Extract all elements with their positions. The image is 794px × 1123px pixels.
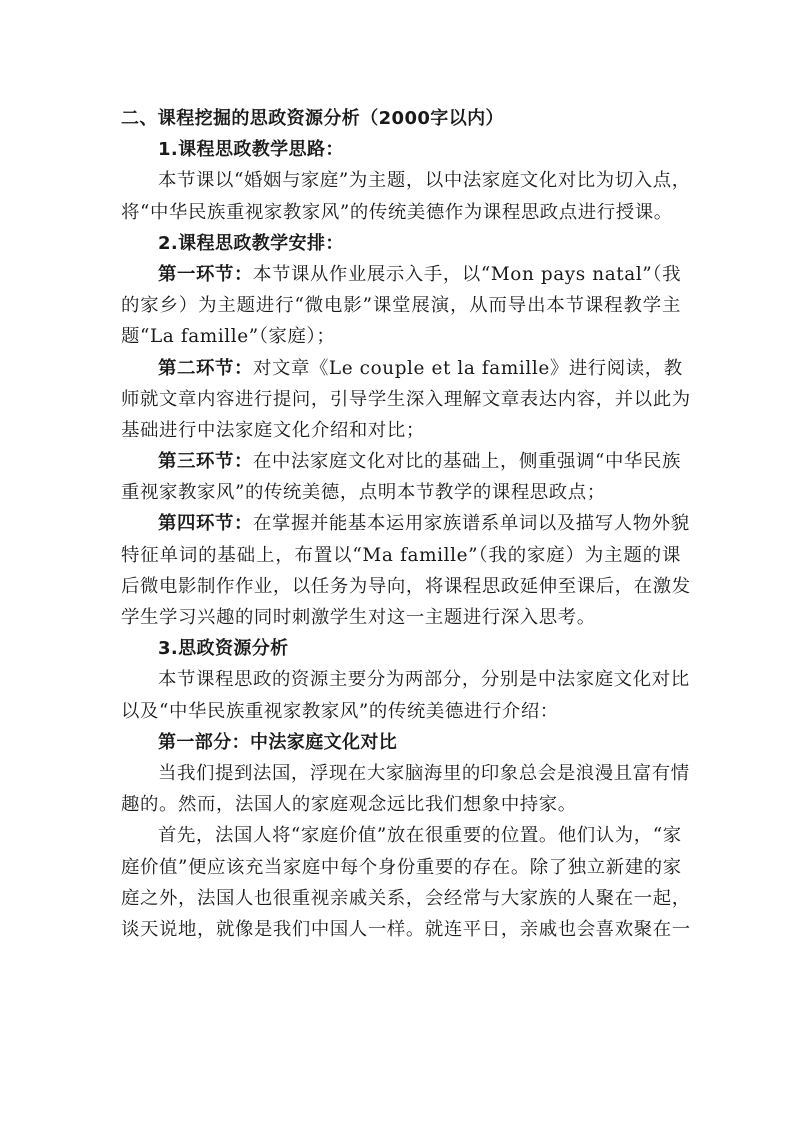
text-line: 将“中华民族重视家教家风”的传统美德作为课程思政点进行授课。 bbox=[121, 197, 681, 228]
section-1-title: 1.课程思政教学思路： bbox=[121, 134, 681, 165]
subsection-1-title: 第一部分：中法家庭文化对比 bbox=[121, 727, 681, 758]
text-line: 本节课以“婚姻与家庭”为主题，以中法家庭文化对比为切入点， bbox=[121, 165, 681, 196]
stage-4-label: 第四环节： bbox=[158, 513, 253, 534]
stage-3-label: 第三环节： bbox=[158, 451, 253, 472]
text-line: 庭之外，法国人也很重视亲戚关系，会经常与大家族的人聚在一起， bbox=[121, 883, 681, 914]
stage-3-text: 在中法家庭文化对比的基础上，侧重强调“中华民族 bbox=[253, 451, 681, 472]
text-line: 本节课程思政的资源主要分为两部分，分别是中法家庭文化对比 bbox=[121, 664, 681, 695]
main-heading: 二、课程挖掘的思政资源分析（2000字以内） bbox=[121, 103, 681, 134]
text-line: 基础进行中法家庭文化介绍和对比； bbox=[121, 415, 681, 446]
text-line: 以及“中华民族重视家教家风”的传统美德进行介绍： bbox=[121, 696, 681, 727]
text-line: 谈天说地，就像是我们中国人一样。就连平日，亲戚也会喜欢聚在一 bbox=[121, 914, 681, 945]
stage-2-paragraph: 第二环节：对文章《Le couple et la famille》进行阅读，教 … bbox=[121, 353, 681, 447]
stage-1-paragraph: 第一环节：本节课从作业展示入手，以“Mon pays natal”（我 的家乡）… bbox=[121, 259, 681, 353]
stage-1-text: 本节课从作业展示入手，以“Mon pays natal”（我 bbox=[253, 264, 681, 285]
section-1-paragraph: 本节课以“婚姻与家庭”为主题，以中法家庭文化对比为切入点， 将“中华民族重视家教… bbox=[121, 165, 681, 227]
text-line: 当我们提到法国，浮现在大家脑海里的印象总会是浪漫且富有情 bbox=[121, 758, 681, 789]
stage-3-paragraph: 第三环节：在中法家庭文化对比的基础上，侧重强调“中华民族 重视家教家风”的传统美… bbox=[121, 446, 681, 508]
text-line: 第三环节：在中法家庭文化对比的基础上，侧重强调“中华民族 bbox=[121, 446, 681, 477]
stage-4-text: 在掌握并能基本运用家族谱系单词以及描写人物外貌 bbox=[253, 513, 690, 534]
text-line: 重视家教家风”的传统美德，点明本节教学的课程思政点； bbox=[121, 477, 681, 508]
document-page: 二、课程挖掘的思政资源分析（2000字以内） 1.课程思政教学思路： 本节课以“… bbox=[121, 103, 681, 945]
text-line: 后微电影制作作业，以任务为导向，将课程思政延伸至课后，在激发 bbox=[121, 571, 681, 602]
stage-4-paragraph: 第四环节：在掌握并能基本运用家族谱系单词以及描写人物外貌 特征单词的基础上，布置… bbox=[121, 508, 681, 633]
stage-2-text: 对文章《Le couple et la famille》进行阅读，教 bbox=[253, 358, 683, 379]
subsection-1-paragraph-2: 首先，法国人将“家庭价值”放在很重要的位置。他们认为，“家 庭价值”便应该充当家… bbox=[121, 820, 681, 945]
section-3-title: 3.思政资源分析 bbox=[121, 633, 681, 664]
text-line: 庭价值”便应该充当家庭中每个身份重要的存在。除了独立新建的家 bbox=[121, 852, 681, 883]
text-line: 题“La famille”（家庭）； bbox=[121, 321, 681, 352]
text-line: 首先，法国人将“家庭价值”放在很重要的位置。他们认为，“家 bbox=[121, 820, 681, 851]
section-3-paragraph: 本节课程思政的资源主要分为两部分，分别是中法家庭文化对比 以及“中华民族重视家教… bbox=[121, 664, 681, 726]
text-line: 第二环节：对文章《Le couple et la famille》进行阅读，教 bbox=[121, 353, 681, 384]
text-line: 的家乡）为主题进行“微电影”课堂展演，从而导出本节课程教学主 bbox=[121, 290, 681, 321]
text-line: 师就文章内容进行提问，引导学生深入理解文章表达内容，并以此为 bbox=[121, 384, 681, 415]
text-line: 第四环节：在掌握并能基本运用家族谱系单词以及描写人物外貌 bbox=[121, 508, 681, 539]
text-line: 特征单词的基础上，布置以“Ma famille”（我的家庭）为主题的课 bbox=[121, 540, 681, 571]
subsection-1-paragraph-1: 当我们提到法国，浮现在大家脑海里的印象总会是浪漫且富有情 趣的。然而，法国人的家… bbox=[121, 758, 681, 820]
text-line: 趣的。然而，法国人的家庭观念远比我们想象中持家。 bbox=[121, 789, 681, 820]
section-2-title: 2.课程思政教学安排： bbox=[121, 228, 681, 259]
stage-2-label: 第二环节： bbox=[158, 358, 253, 379]
text-line: 学生学习兴趣的同时刺激学生对这一主题进行深入思考。 bbox=[121, 602, 681, 633]
text-line: 第一环节：本节课从作业展示入手，以“Mon pays natal”（我 bbox=[121, 259, 681, 290]
stage-1-label: 第一环节： bbox=[158, 264, 253, 285]
